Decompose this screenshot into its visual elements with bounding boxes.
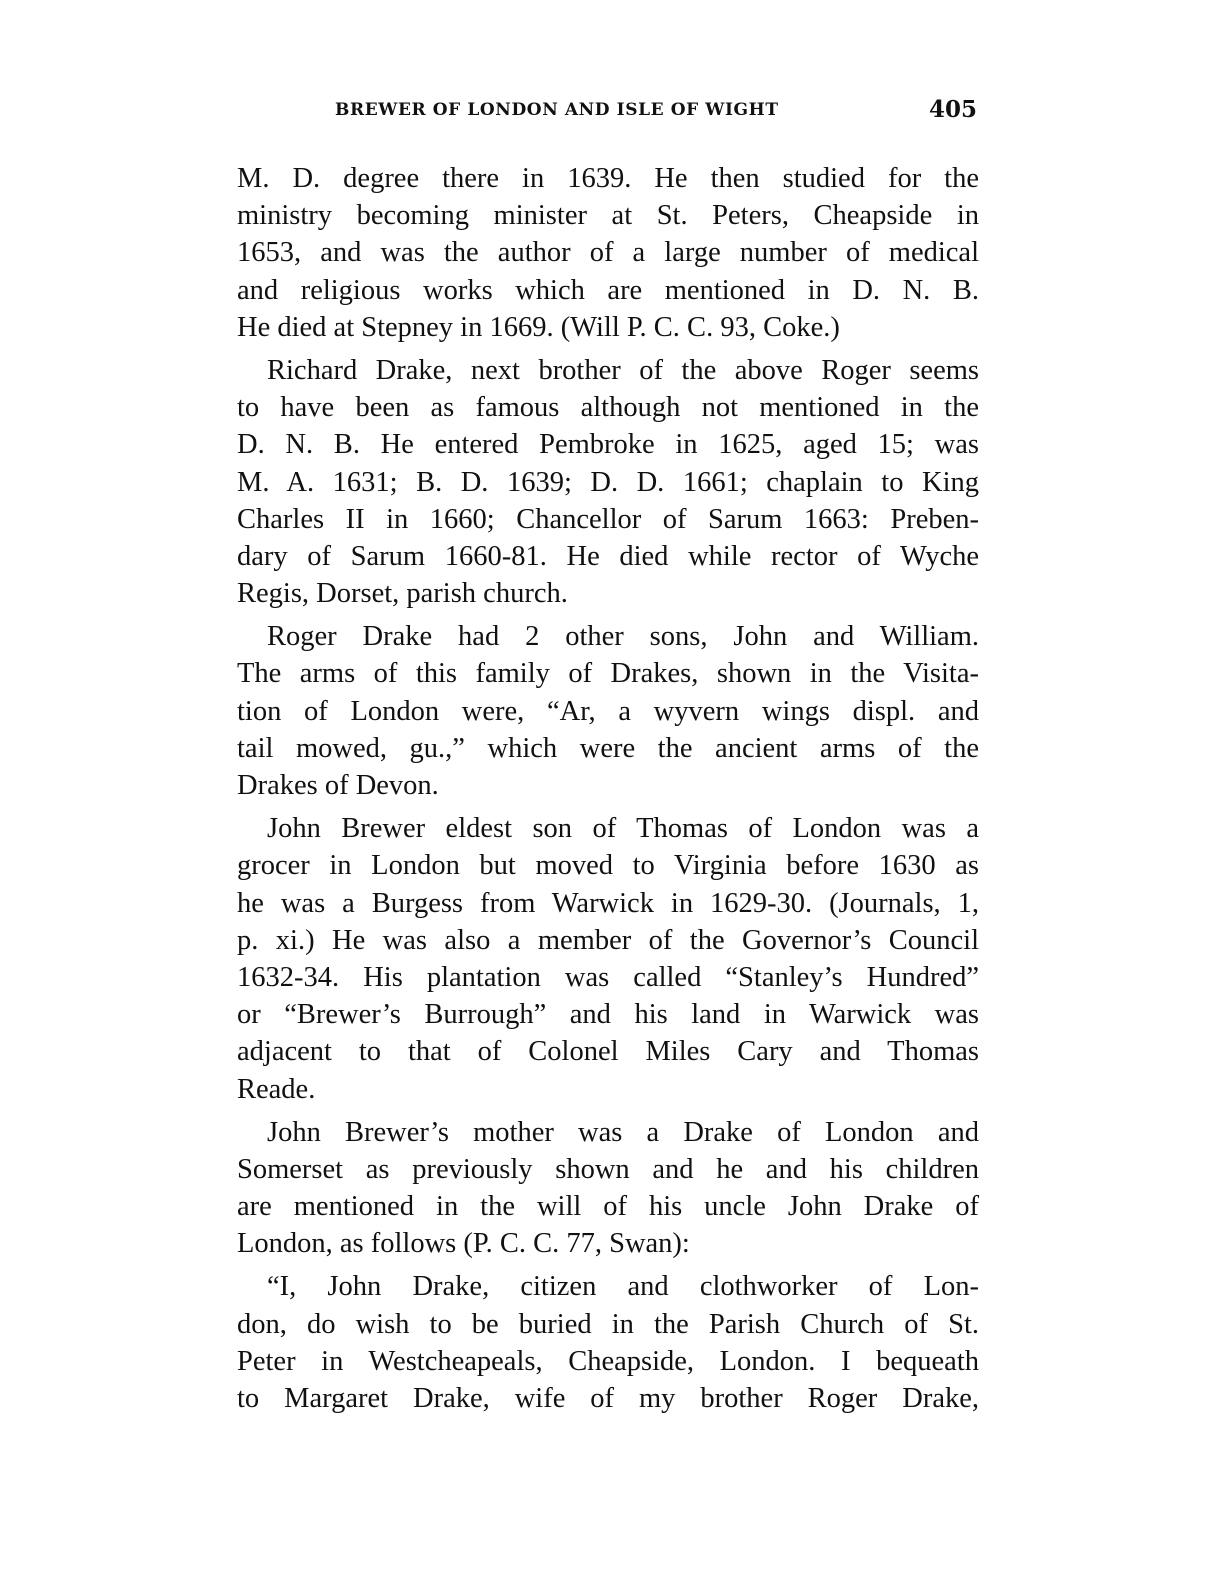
paragraph: M. D. degree there in 1639. He then stud… bbox=[237, 160, 979, 346]
text-line: dary of Sarum 1660-81. He died while rec… bbox=[237, 538, 979, 575]
text-line: John Brewer eldest son of Thomas of Lond… bbox=[237, 810, 979, 847]
text-line: London, as follows (P. C. C. 77, Swan): bbox=[237, 1225, 979, 1262]
text-line: Reade. bbox=[237, 1071, 979, 1108]
text-line: Drakes of Devon. bbox=[237, 767, 979, 804]
page-number: 405 bbox=[929, 96, 977, 123]
text-line: Charles II in 1660; Chancellor of Sarum … bbox=[237, 501, 979, 538]
text-line: he was a Burgess from Warwick in 1629-30… bbox=[237, 885, 979, 922]
text-line: grocer in London but moved to Virginia b… bbox=[237, 847, 979, 884]
text-line: John Brewer’s mother was a Drake of Lond… bbox=[237, 1114, 979, 1151]
paragraph: Roger Drake had 2 other sons, John and W… bbox=[237, 618, 979, 804]
text-line: don, do wish to be buried in the Parish … bbox=[237, 1306, 979, 1343]
text-line: ministry becoming minister at St. Peters… bbox=[237, 197, 979, 234]
text-line: adjacent to that of Colonel Miles Cary a… bbox=[237, 1033, 979, 1070]
text-line: are mentioned in the will of his uncle J… bbox=[237, 1188, 979, 1225]
text-line: Roger Drake had 2 other sons, John and W… bbox=[237, 618, 979, 655]
text-line: or “Brewer’s Burrough” and his land in W… bbox=[237, 996, 979, 1033]
paragraph: Richard Drake, next brother of the above… bbox=[237, 352, 979, 612]
text-line: tail mowed, gu.,” which were the ancient… bbox=[237, 730, 979, 767]
text-line: The arms of this family of Drakes, shown… bbox=[237, 655, 979, 692]
text-line: Somerset as previously shown and he and … bbox=[237, 1151, 979, 1188]
paragraph: John Brewer’s mother was a Drake of Lond… bbox=[237, 1114, 979, 1263]
text-line: and religious works which are mentioned … bbox=[237, 272, 979, 309]
text-line: M. A. 1631; B. D. 1639; D. D. 1661; chap… bbox=[237, 464, 979, 501]
text-line: Regis, Dorset, parish church. bbox=[237, 575, 979, 612]
text-line: Richard Drake, next brother of the above… bbox=[237, 352, 979, 389]
paragraph: “I, John Drake, citizen and clothworker … bbox=[237, 1268, 979, 1417]
text-line: tion of London were, “Ar, a wyvern wings… bbox=[237, 693, 979, 730]
text-line: to Margaret Drake, wife of my brother Ro… bbox=[237, 1380, 979, 1417]
text-line: 1653, and was the author of a large numb… bbox=[237, 234, 979, 271]
text-line: He died at Stepney in 1669. (Will P. C. … bbox=[237, 309, 979, 346]
text-line: p. xi.) He was also a member of the Gove… bbox=[237, 922, 979, 959]
paragraph: John Brewer eldest son of Thomas of Lond… bbox=[237, 810, 979, 1108]
running-title: BREWER OF LONDON AND ISLE OF WIGHT bbox=[335, 100, 779, 120]
body-text: M. D. degree there in 1639. He then stud… bbox=[237, 160, 979, 1417]
text-line: to have been as famous although not ment… bbox=[237, 389, 979, 426]
running-head: BREWER OF LONDON AND ISLE OF WIGHT 405 bbox=[237, 96, 979, 126]
text-line: Peter in Westcheapeals, Cheapside, Londo… bbox=[237, 1343, 979, 1380]
text-line: 1632-34. His plantation was called “Stan… bbox=[237, 959, 979, 996]
text-line: M. D. degree there in 1639. He then stud… bbox=[237, 160, 979, 197]
text-line: “I, John Drake, citizen and clothworker … bbox=[237, 1268, 979, 1305]
text-line: D. N. B. He entered Pembroke in 1625, ag… bbox=[237, 426, 979, 463]
